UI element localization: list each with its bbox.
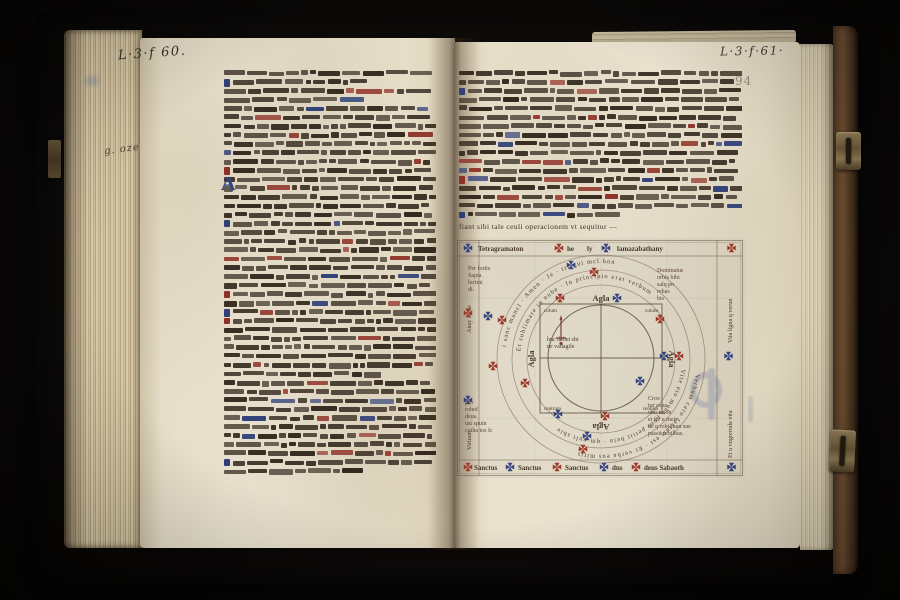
script-word [570, 151, 594, 155]
script-word [393, 186, 416, 191]
script-word [401, 460, 412, 465]
script-word [684, 132, 700, 136]
script-word [570, 132, 592, 137]
script-word [530, 106, 552, 110]
script-word [396, 398, 402, 403]
script-word [224, 106, 242, 111]
script-word [323, 399, 343, 404]
script-word [302, 169, 317, 174]
script-word [250, 292, 265, 297]
script-word [312, 363, 326, 368]
script-word [262, 150, 279, 155]
script-word [414, 362, 423, 366]
script-word [593, 133, 608, 137]
script-word [340, 97, 365, 102]
script-word [300, 328, 326, 333]
manuscript-text-line [224, 194, 436, 203]
script-word [245, 327, 270, 331]
script-word [306, 80, 311, 85]
script-word [267, 256, 281, 260]
script-word [604, 177, 614, 182]
script-word [343, 115, 353, 119]
script-word [647, 168, 660, 173]
script-word [459, 98, 477, 103]
script-word [414, 168, 431, 172]
script-word [475, 212, 498, 217]
script-word [636, 194, 659, 199]
script-word [319, 168, 325, 173]
script-word [419, 185, 433, 190]
script-word [539, 142, 547, 147]
script-word [690, 151, 715, 156]
script-word [390, 275, 396, 280]
script-word [519, 169, 541, 174]
script-word [253, 336, 268, 340]
script-word [269, 72, 284, 77]
script-word [331, 450, 354, 454]
script-word [682, 89, 702, 94]
script-word [242, 434, 255, 439]
script-word [505, 132, 520, 137]
script-word [600, 158, 609, 163]
script-word [459, 186, 476, 191]
script-word [686, 159, 710, 163]
script-word [288, 240, 297, 245]
script-word [261, 345, 270, 350]
script-word [310, 399, 321, 403]
maltese-cross-icon [553, 463, 561, 471]
script-word [317, 230, 327, 235]
script-word [425, 362, 433, 366]
script-word [321, 186, 339, 190]
script-word [420, 381, 430, 385]
script-word [354, 442, 368, 446]
script-word [459, 159, 482, 163]
script-word [390, 141, 402, 145]
script-word [655, 107, 665, 112]
script-word [393, 247, 411, 252]
script-word [585, 80, 602, 85]
script-word [679, 115, 695, 120]
maltese-cross-icon [506, 463, 514, 471]
script-word [224, 114, 239, 118]
script-word [237, 178, 260, 183]
script-word [323, 115, 341, 119]
script-word [241, 230, 261, 235]
script-word [283, 389, 288, 393]
script-word [289, 133, 300, 138]
script-word [270, 133, 286, 137]
script-word [366, 177, 377, 181]
manuscript-text-line [224, 203, 436, 212]
script-word [224, 328, 243, 333]
script-word [268, 265, 288, 269]
script-word [555, 105, 573, 110]
script-word [714, 169, 738, 173]
script-word [469, 168, 480, 173]
agla-label-bottom: Agla [592, 422, 610, 432]
show-through-stroke [748, 396, 753, 422]
script-word [233, 319, 242, 324]
script-word [583, 125, 593, 130]
script-word [618, 203, 633, 208]
script-word [224, 406, 246, 411]
script-word [367, 362, 390, 367]
script-word [484, 160, 499, 165]
script-word [376, 222, 402, 226]
script-word [366, 310, 371, 315]
script-word [322, 142, 332, 146]
script-word [316, 203, 321, 208]
script-word [635, 204, 651, 209]
manuscript-photo: L·3·f 60. L·3·f·61· 94 g. oze A fiant si… [0, 0, 900, 600]
script-word [345, 459, 363, 464]
script-word [595, 123, 604, 127]
script-word [264, 230, 276, 235]
script-word [477, 204, 493, 209]
script-word [385, 106, 398, 111]
maltese-cross-icon [727, 244, 735, 252]
script-word [312, 186, 319, 191]
script-word [285, 345, 292, 349]
manuscript-text-line [224, 388, 436, 397]
script-word [234, 335, 252, 340]
script-word [469, 107, 492, 112]
script-word [252, 97, 275, 102]
script-word [352, 257, 378, 261]
script-word [512, 185, 535, 190]
script-word [346, 88, 354, 93]
script-word [401, 106, 415, 111]
maltese-cross-icon [556, 294, 564, 302]
script-word [383, 336, 389, 341]
script-word [589, 98, 607, 102]
script-word [505, 106, 528, 110]
diagram-corner-text-top-right: Dominatus orbis bibi salq.po rebas bis [657, 268, 711, 303]
script-word [308, 257, 326, 261]
script-word [608, 168, 626, 172]
script-word [680, 80, 700, 84]
script-word [338, 319, 353, 323]
script-word [611, 133, 622, 137]
script-word [393, 344, 413, 348]
script-word [555, 195, 563, 200]
script-word [350, 79, 367, 83]
script-word [247, 390, 258, 394]
maltese-cross-icon [636, 377, 644, 385]
script-word [330, 150, 346, 155]
top-band: Tetragramaton he ly lamazabathany [478, 245, 663, 253]
script-word [392, 337, 415, 341]
bottom-band-dns: dns [612, 464, 623, 472]
script-word [224, 141, 232, 145]
script-word [356, 89, 381, 94]
script-word [599, 88, 619, 93]
script-word [224, 150, 231, 155]
script-word [380, 257, 387, 262]
script-word [402, 302, 422, 307]
manuscript-text-line [224, 158, 436, 167]
script-word [544, 177, 570, 182]
script-word [295, 469, 305, 474]
script-word [308, 468, 331, 472]
script-word [224, 389, 244, 394]
script-word [512, 79, 525, 84]
script-word [286, 141, 302, 146]
script-word [233, 159, 258, 164]
script-word [459, 80, 466, 85]
script-word [625, 124, 646, 129]
script-word [553, 203, 574, 207]
script-word [572, 142, 587, 147]
script-word [567, 80, 583, 85]
manuscript-text-line [459, 150, 742, 159]
script-word [595, 212, 620, 217]
manuscript-text-line [459, 123, 742, 132]
manuscript-text-line [224, 220, 436, 229]
script-word [398, 274, 419, 278]
script-word [429, 195, 436, 200]
script-word [235, 185, 247, 189]
script-word [355, 354, 366, 359]
script-word [233, 433, 240, 438]
script-word [412, 256, 425, 261]
script-word [233, 309, 259, 313]
script-word [601, 70, 611, 74]
script-word [284, 257, 306, 262]
script-word [279, 424, 293, 429]
script-word [224, 363, 231, 368]
script-word [276, 248, 296, 253]
script-word [254, 318, 274, 323]
script-word [233, 80, 255, 85]
script-word [330, 434, 344, 439]
script-word [363, 275, 379, 279]
script-word [266, 372, 278, 376]
script-word [349, 169, 371, 174]
manuscript-text-line [224, 371, 436, 380]
script-word [412, 141, 421, 145]
script-word [404, 266, 423, 271]
script-word [371, 160, 396, 165]
script-word [373, 150, 389, 155]
script-word [332, 415, 358, 420]
script-word [370, 399, 394, 404]
script-word [224, 213, 232, 218]
script-word [304, 344, 310, 349]
script-word [631, 80, 656, 84]
script-word [567, 115, 576, 120]
script-word [361, 195, 370, 200]
script-word [295, 222, 312, 226]
script-word [510, 115, 530, 120]
script-word [224, 204, 235, 209]
script-word [381, 247, 391, 251]
script-word [667, 107, 679, 112]
script-word [661, 194, 668, 199]
manuscript-text-line [224, 450, 436, 459]
manuscript-text-line [224, 273, 436, 282]
script-word [334, 212, 352, 216]
script-word [312, 345, 336, 350]
script-word [392, 195, 412, 200]
script-word [459, 133, 481, 137]
manuscript-text-line [224, 265, 436, 274]
script-word [239, 283, 258, 287]
script-word [303, 336, 328, 340]
script-word [515, 151, 528, 156]
script-word [355, 115, 374, 119]
manuscript-text-line [459, 141, 742, 150]
script-word [527, 80, 547, 85]
script-word [276, 275, 284, 280]
script-word [483, 133, 494, 137]
script-word [224, 380, 235, 385]
script-word [242, 354, 253, 358]
script-word [386, 70, 408, 74]
script-word [262, 381, 269, 386]
script-word [724, 141, 742, 146]
script-word [387, 293, 411, 298]
script-word [224, 247, 248, 252]
circle-inner-note: hnc debet sbi ne vadagile [547, 337, 609, 351]
script-word [533, 203, 551, 208]
script-word [611, 159, 620, 163]
script-word [264, 363, 270, 367]
script-word [498, 150, 513, 154]
script-word [401, 327, 417, 332]
script-word [224, 133, 231, 137]
script-word [254, 221, 269, 226]
script-word [388, 460, 399, 465]
script-word [681, 141, 698, 146]
script-word [640, 142, 650, 147]
script-word [682, 106, 702, 110]
script-word [408, 416, 418, 420]
script-word [333, 469, 340, 473]
manuscript-text-line [459, 167, 742, 176]
script-word [341, 133, 357, 138]
script-word [393, 310, 417, 315]
script-word [577, 89, 598, 94]
script-word [377, 327, 398, 332]
script-word [639, 186, 664, 190]
script-word [377, 416, 391, 420]
script-word [314, 222, 331, 226]
script-word [569, 168, 578, 173]
manuscript-text-line [224, 150, 436, 159]
diagram-corner-text-bottom-right: Crox tur espa vbo inson et fic u meis de… [648, 396, 712, 438]
script-word [399, 239, 412, 244]
script-word [250, 247, 256, 252]
script-word [682, 177, 689, 182]
script-word [314, 213, 333, 218]
script-word [283, 169, 300, 174]
script-word [355, 141, 368, 145]
script-word [250, 186, 265, 191]
manuscript-text-line [459, 176, 742, 185]
script-word [276, 318, 293, 322]
bottom-band: Sanctus Sanctus Sanctus dns deus Sabaoth [474, 464, 684, 472]
script-word [415, 451, 436, 456]
script-word [290, 230, 315, 234]
script-word [360, 186, 380, 190]
script-word [233, 168, 255, 173]
script-word [396, 390, 419, 395]
script-word [495, 203, 521, 208]
script-word [257, 124, 269, 129]
script-word [224, 433, 231, 437]
script-word [304, 177, 318, 182]
script-word [423, 177, 436, 182]
script-word [364, 372, 380, 377]
script-word [406, 89, 431, 94]
script-word [285, 212, 293, 217]
top-band-word-ly: ly [587, 245, 593, 253]
manuscript-text-line [224, 141, 436, 150]
script-word [548, 133, 568, 138]
script-word [241, 116, 252, 120]
script-word [341, 185, 358, 190]
script-word [592, 204, 606, 209]
script-word [275, 310, 290, 315]
script-word [325, 310, 342, 315]
colored-versal [224, 291, 230, 298]
bottom-band-deus-sabaoth: deus Sabaoth [644, 464, 684, 472]
page-edges-left [64, 30, 142, 548]
script-word [224, 344, 234, 349]
script-word [280, 372, 296, 376]
script-word [289, 442, 296, 446]
script-word [425, 407, 436, 412]
manuscript-text-line [224, 70, 436, 79]
script-word [652, 142, 669, 147]
script-word [425, 442, 436, 447]
script-word [304, 291, 329, 296]
script-word [318, 71, 340, 76]
script-word [410, 71, 432, 75]
manuscript-text-line [224, 318, 436, 327]
script-word [413, 291, 436, 296]
script-word [327, 89, 344, 94]
script-word [343, 80, 348, 85]
script-word [373, 124, 393, 129]
script-word [224, 89, 246, 94]
script-word [407, 115, 430, 119]
script-word [397, 176, 422, 181]
script-word [358, 300, 373, 305]
script-word [360, 363, 365, 368]
script-word [301, 133, 309, 138]
script-word [388, 231, 401, 235]
script-word [596, 178, 602, 183]
script-word [333, 266, 348, 270]
script-word [404, 222, 418, 226]
script-word [292, 310, 298, 315]
script-word [224, 265, 240, 270]
diagram-corner-text-top-left: Per fortis Sapia. lurimi di. [468, 266, 518, 294]
script-word [707, 167, 712, 172]
script-word [262, 177, 285, 181]
script-word [480, 150, 496, 154]
script-word [252, 425, 269, 430]
script-word [599, 106, 608, 111]
script-word [578, 97, 587, 101]
script-word [291, 88, 299, 93]
manuscript-text-line [224, 459, 436, 468]
script-word [376, 291, 386, 296]
script-word [288, 433, 301, 438]
